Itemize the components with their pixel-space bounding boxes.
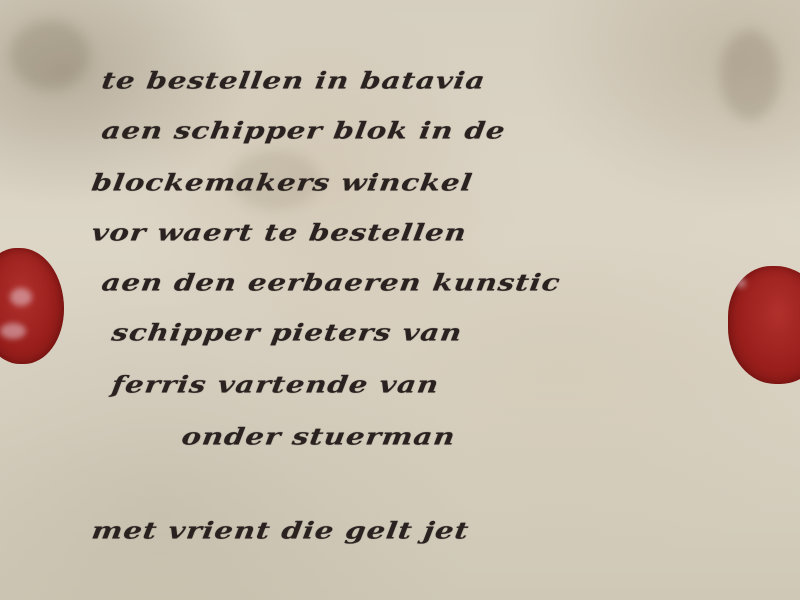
stain-top-right: [720, 30, 780, 120]
manuscript-line: vor waert te bestellen: [90, 219, 469, 246]
manuscript-line: aen den eerbaeren kunstic: [100, 269, 562, 296]
manuscript-line: ferris vartende van: [110, 371, 441, 398]
manuscript-line: schipper pieters van: [110, 319, 464, 346]
seal-highlight: [736, 278, 746, 288]
manuscript-line: blockemakers winckel: [90, 169, 475, 196]
seal-highlight: [10, 288, 32, 306]
seal-highlight: [0, 323, 26, 339]
manuscript-line: onder stuerman: [180, 423, 457, 450]
stain-top-left: [10, 20, 90, 90]
manuscript-line: te bestellen in batavia: [100, 67, 487, 94]
manuscript-line: met vrient die gelt jet: [90, 517, 471, 544]
manuscript-line: aen schipper blok in de: [100, 117, 507, 144]
